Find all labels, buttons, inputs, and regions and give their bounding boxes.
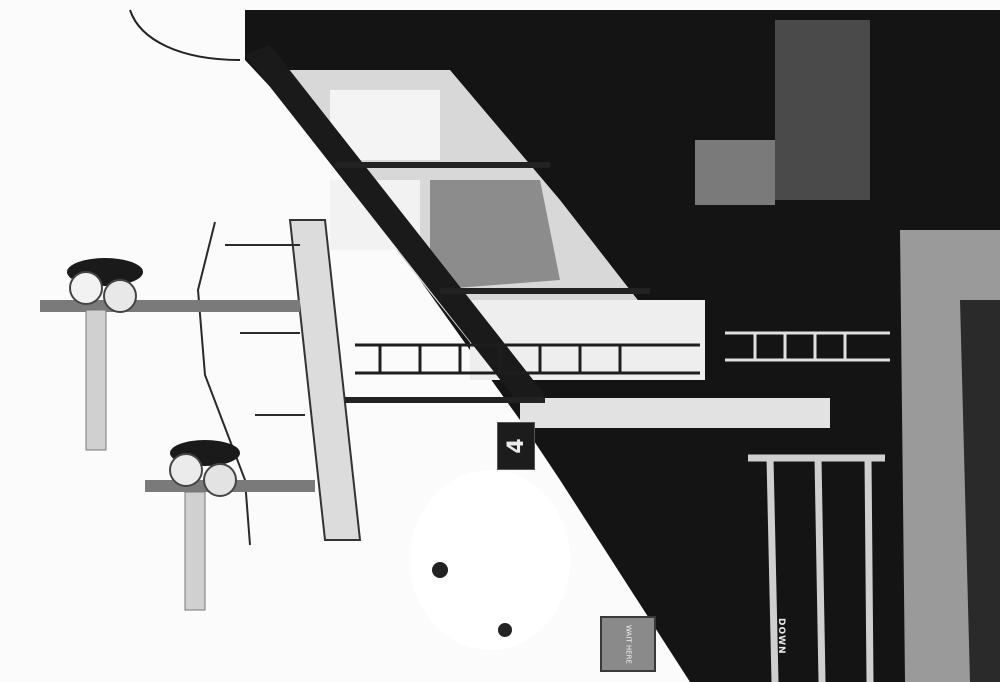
beam — [440, 288, 650, 294]
rail-marking: DOWN — [768, 618, 786, 682]
lamp-glare — [410, 470, 570, 650]
gantry-railing — [198, 222, 305, 545]
railway-signal-photo: 4 WAIT HERE DOWN — [0, 0, 1000, 682]
platform-number-sign: 4 — [497, 422, 535, 470]
lamp — [498, 623, 512, 637]
cable — [130, 10, 240, 60]
signal-post — [185, 492, 205, 610]
canopy — [520, 398, 830, 428]
notice-sign: WAIT HERE — [600, 616, 656, 672]
lamp — [432, 562, 448, 578]
signal-post — [86, 310, 106, 450]
brick-wall — [695, 140, 775, 205]
photo-scene — [0, 0, 1000, 682]
grille — [775, 20, 870, 200]
beam — [335, 162, 550, 168]
